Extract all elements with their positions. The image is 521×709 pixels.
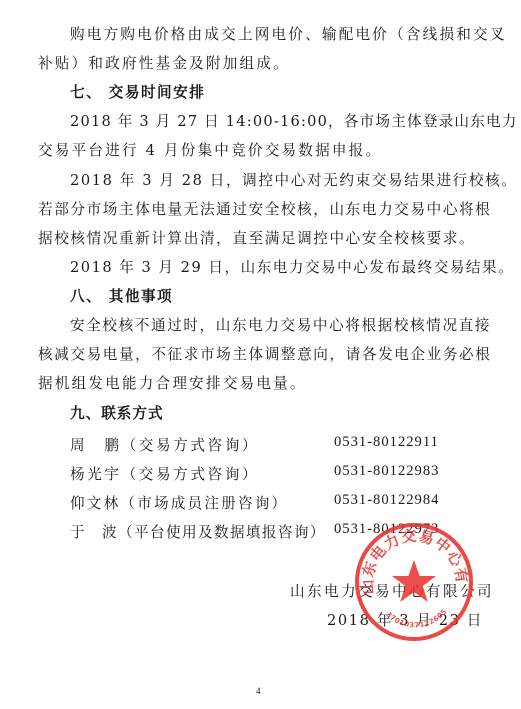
section-heading-7: 七、 交易时间安排 — [70, 84, 205, 102]
page-number: 4 — [256, 686, 261, 696]
paragraph-line: 2018 年 3 月 28 日，调控中心对无约束交易结果进行校核。 — [70, 172, 517, 190]
section-heading-9: 九、联系方式 — [70, 405, 164, 423]
section-heading-8: 八、 其他事项 — [70, 288, 173, 306]
paragraph-line: 若部分市场主体电量无法通过安全校核，山东电力交易中心将根 — [38, 201, 491, 219]
stamp-code: 3701037122605 — [384, 607, 448, 629]
paragraph-price-line: 购电方购电价格由成交上网电价、输配电价（含线损和交叉 — [70, 26, 507, 44]
paragraph-line: 据校核情况重新计算出清，直至满足调控中心安全校核要求。 — [38, 230, 475, 248]
contact-phone: 0531-80122984 — [334, 492, 439, 509]
paragraph-line: 据机组发电能力合理安排交易电量。 — [38, 375, 307, 393]
official-seal-stamp: 山东电力交易中心有限公司 3701037122605 — [352, 520, 476, 644]
contact-name: 杨光宇（交易方式咨询） — [70, 463, 259, 484]
paragraph-line: 2018 年 3 月 29 日，山东电力交易中心发布最终交易结果。 — [70, 259, 514, 277]
paragraph-line: 核减交易电量，不征求市场主体调整意向，请各发电企业务必根 — [38, 346, 491, 364]
contact-name: 于 波（平台使用及数据填报咨询） — [70, 521, 326, 542]
svg-text:3701037122605: 3701037122605 — [384, 607, 448, 629]
paragraph-price-line: 补贴）和政府性基金及附加组成。 — [38, 55, 290, 73]
paragraph-line: 交易平台进行 4 月份集中竞价交易数据申报。 — [38, 142, 382, 160]
contact-phone: 0531-80122983 — [334, 463, 439, 480]
contact-name: 仰文林（市场成员注册咨询） — [70, 492, 288, 513]
star-icon — [392, 560, 436, 602]
paragraph-line: 2018 年 3 月 27 日 14:00-16:00，各市场主体登录山东电力 — [70, 113, 518, 131]
paragraph-line: 安全校核不通过时，山东电力交易中心将根据校核情况直接 — [70, 317, 491, 335]
contact-name: 周 鹏（交易方式咨询） — [70, 434, 259, 455]
contact-phone: 0531-80122911 — [334, 434, 439, 451]
